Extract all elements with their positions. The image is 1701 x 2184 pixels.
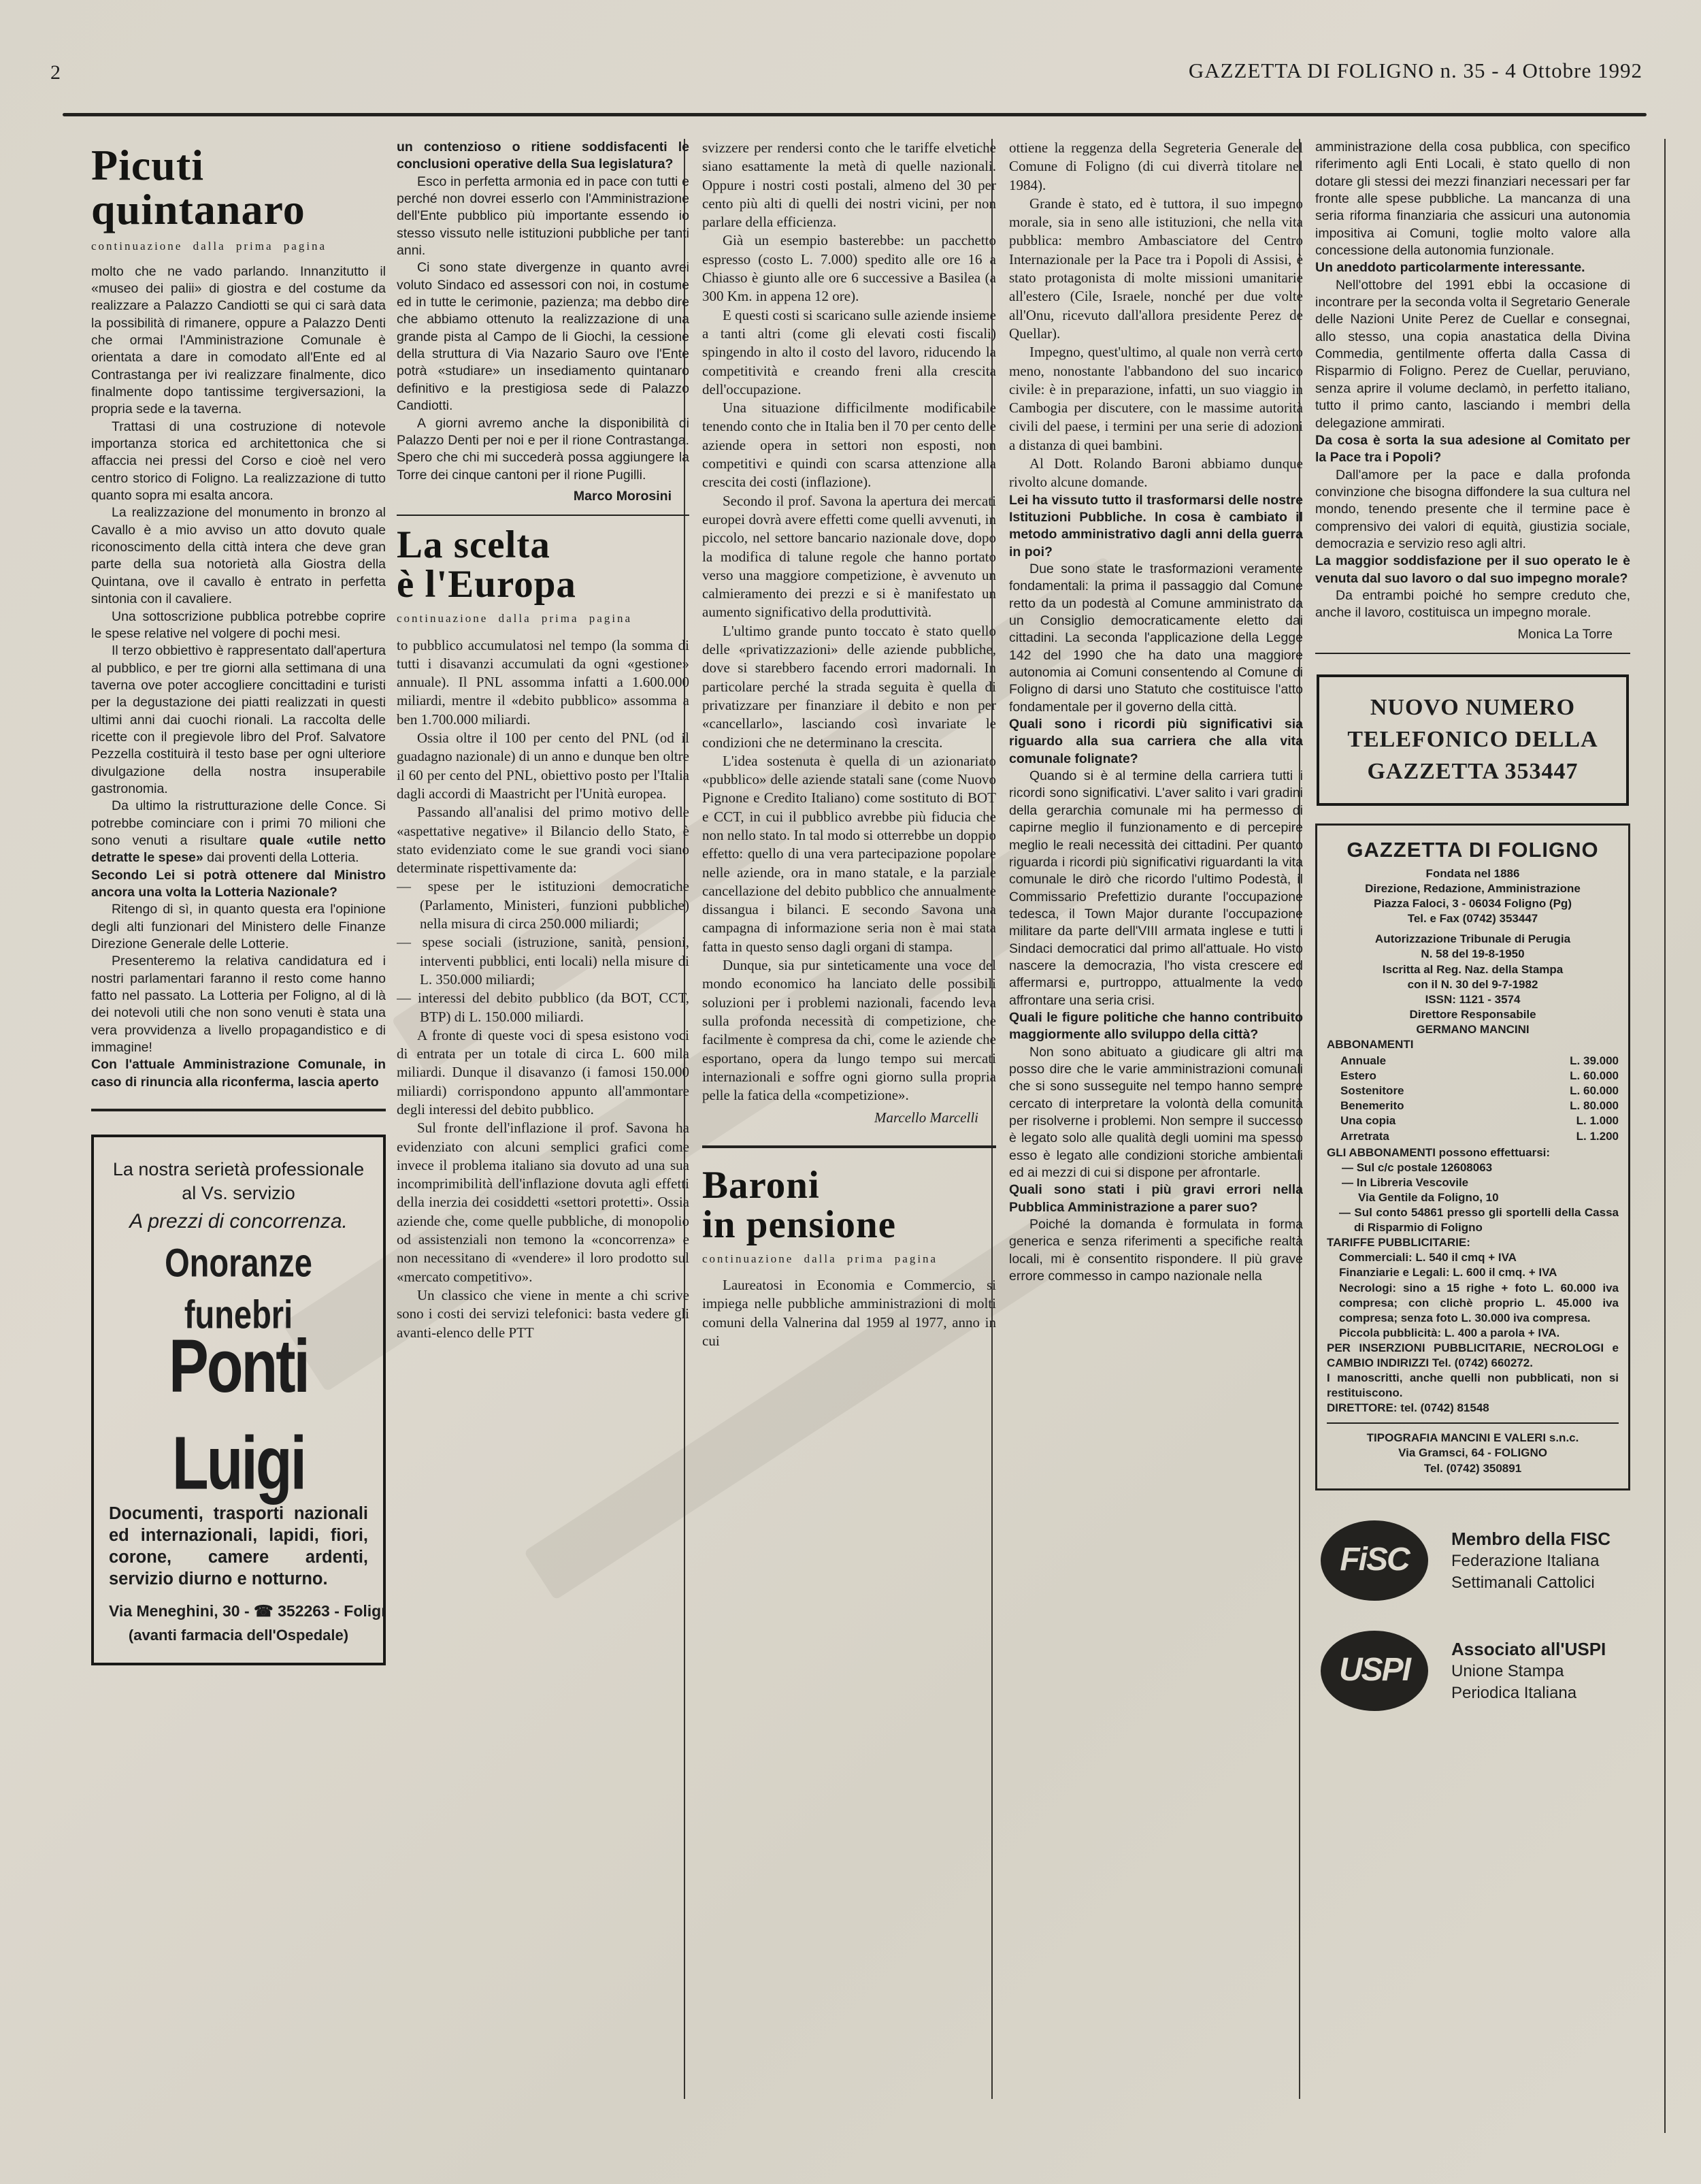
director-label: Direttore Responsabile	[1327, 1007, 1619, 1022]
paragraph: Una sottoscrizione pubblica potrebbe cop…	[91, 608, 386, 643]
phone-number-box: NUOVO NUMERO TELEFONICO DELLA GAZZETTA 3…	[1317, 674, 1629, 806]
continuation-kicker: continuazione dalla prima pagina	[91, 239, 386, 254]
subhead-paragraph: Un aneddoto particolarmente interessante…	[1315, 259, 1630, 276]
column-2: un contenzioso o ritiene soddisfacenti l…	[397, 139, 689, 2172]
uspi-line: Periodica Italiana	[1451, 1682, 1606, 1704]
continuation-kicker: continuazione dalla prima pagina	[397, 611, 689, 626]
uspi-text: Associato all'USPI Unione Stampa Periodi…	[1451, 1638, 1606, 1704]
paragraph: L'idea sostenuta è quella di un azionari…	[702, 752, 996, 956]
column-3: svizzere per rendersi conto che le tarif…	[702, 139, 996, 2172]
payment-line: Via Gentile da Foligno, 10	[1327, 1190, 1619, 1205]
printer-line: TIPOGRAFIA MANCINI E VALERI s.n.c.	[1327, 1431, 1619, 1446]
masthead-auth: con il N. 30 del 9-7-1982	[1327, 977, 1619, 992]
affiliation-uspi: USPI Associato all'USPI Unione Stampa Pe…	[1315, 1631, 1630, 1711]
paragraph: Due sono state le trasformazioni veramen…	[1009, 561, 1303, 716]
article-morosini-end: un contenzioso o ritiene soddisfacenti l…	[397, 139, 689, 505]
issue-title: GAZZETTA DI FOLIGNO n. 35 - 4 Ottobre 19…	[1189, 59, 1642, 83]
fisc-text: Membro della FISC Federazione Italiana S…	[1451, 1528, 1611, 1593]
section-rule	[702, 1145, 996, 1148]
rate-price: L. 80.000	[1570, 1098, 1619, 1113]
masthead-founded: Fondata nel 1886	[1327, 866, 1619, 881]
signature-latorre: Monica La Torre	[1315, 626, 1630, 643]
interview-lead: ottiene la reggenza della Segreteria Gen…	[1009, 139, 1303, 492]
ad-tariffs: TARIFFE PUBBLICITARIE: Commerciali: L. 5…	[1327, 1235, 1619, 1341]
tariff-item: Finanziarie e Legali: L. 600 il cmq. + I…	[1327, 1265, 1619, 1280]
page-number: 2	[50, 61, 61, 84]
paragraph: Da entrambi poiché ho sempre creduto che…	[1315, 587, 1630, 622]
paragraph: Un classico che viene in mente a chi scr…	[397, 1286, 689, 1342]
paragraph: Presenteremo la relativa candidatura ed …	[91, 953, 386, 1056]
uspi-logo: USPI	[1321, 1631, 1428, 1711]
paragraph: Da ultimo la ristrutturazione delle Conc…	[91, 798, 386, 866]
payment-line: — In Libreria Vescovile	[1327, 1175, 1619, 1190]
fisc-logo: FiSC	[1321, 1520, 1428, 1601]
ad-note: (avanti farmacia dell'Ospedale)	[109, 1626, 368, 1646]
list-item: — spese per le istituzioni democratiche …	[397, 877, 689, 933]
rate-price: L. 60.000	[1570, 1083, 1619, 1098]
paragraph: L'ultimo grande punto toccato è stato qu…	[702, 622, 996, 752]
paragraph: svizzere per rendersi conto che le tarif…	[702, 139, 996, 231]
continuation-kicker: continuazione dalla prima pagina	[702, 1252, 996, 1267]
paragraph: Non sono abituato a giudicare gli altri …	[1009, 1044, 1303, 1182]
masthead-box: GAZZETTA DI FOLIGNO Fondata nel 1886 Dir…	[1315, 824, 1630, 1490]
paragraph: A giorni avremo anche la disponibilità d…	[397, 415, 689, 484]
question-paragraph: Quali sono i ricordi più significativi s…	[1009, 716, 1303, 768]
rate-row: Una copiaL. 1.000	[1327, 1113, 1619, 1128]
paragraph: Esco in perfetta armonia ed in pace con …	[397, 174, 689, 260]
question-paragraph: Secondo Lei si potrà ottenere dal Minist…	[91, 867, 386, 902]
rate-price: L. 39.000	[1570, 1054, 1619, 1069]
note: I manoscritti, anche quelli non pubblica…	[1327, 1371, 1619, 1401]
column-4: ottiene la reggenza della Segreteria Gen…	[1009, 139, 1303, 2172]
ad-tagline-italic: A prezzi di concorrenza.	[109, 1208, 368, 1235]
article-picuti: Picutiquintanaro continuazione dalla pri…	[91, 143, 386, 1091]
headline-scelta: La sceltaè l'Europa	[397, 525, 689, 604]
paragraph: amministrazione della cosa pubblica, con…	[1315, 139, 1630, 259]
tariff-item: Commerciali: L. 540 il cmq + IVA	[1327, 1250, 1619, 1265]
paragraph: Già un esempio basterebbe: un pacchetto …	[702, 231, 996, 306]
payment-line: — Sul conto 54861 presso gli sportelli d…	[1327, 1205, 1619, 1235]
paragraph: Dall'amore per la pace e dalla profonda …	[1315, 467, 1630, 553]
payment-methods: GLI ABBONAMENTI possono effettuarsi: — S…	[1327, 1145, 1619, 1236]
paragraph: Una situazione difficilmente modificabil…	[702, 399, 996, 491]
fisc-line: Federazione Italiana	[1451, 1550, 1611, 1571]
question-paragraph: Lei ha vissuto tutto il trasformarsi del…	[1009, 492, 1303, 561]
rate-row: EsteroL. 60.000	[1327, 1069, 1619, 1083]
tariffs-label: TARIFFE PUBBLICITARIE:	[1327, 1235, 1619, 1250]
paragraph: Nell'ottobre del 1991 ebbi la occasione …	[1315, 277, 1630, 432]
payment-line: — Sul c/c postale 12608063	[1327, 1160, 1619, 1175]
section-rule	[1315, 653, 1630, 654]
affiliation-fisc: FiSC Membro della FISC Federazione Itali…	[1315, 1520, 1630, 1601]
closing-paragraph: Con l'attuale Amministrazione Comunale, …	[91, 1056, 386, 1091]
list-item: — interessi del debito pubblico (da BOT,…	[397, 989, 689, 1026]
masthead-auth: N. 58 del 19-8-1950	[1327, 947, 1619, 962]
article-scelta: La sceltaè l'Europa continuazione dalla …	[397, 525, 689, 1342]
subscriptions-label: ABBONAMENTI	[1327, 1037, 1619, 1052]
interview-end: amministrazione della cosa pubblica, con…	[1315, 139, 1630, 643]
question-paragraph: Quali le figure politiche che hanno cont…	[1009, 1009, 1303, 1044]
paragraph: to pubblico accumulatosi nel tempo (la s…	[397, 636, 689, 729]
newspaper-page: 2 GAZZETTA DI FOLIGNO n. 35 - 4 Ottobre …	[0, 0, 1701, 2184]
paragraph: Al Dott. Rolando Baroni abbiamo dunque r…	[1009, 455, 1303, 492]
paragraph: Quando si è al termine della carriera tu…	[1009, 768, 1303, 1009]
rate-price: L. 1.200	[1576, 1129, 1619, 1144]
rate-label: Estero	[1340, 1069, 1376, 1083]
masthead-divider	[1327, 1422, 1619, 1424]
ad-address: Via Meneghini, 30 - ☎ 352263 - Foligno	[109, 1601, 368, 1622]
fisc-line: Settimanali Cattolici	[1451, 1572, 1611, 1593]
question-paragraph: Da cosa è sorta la sua adesione al Comit…	[1315, 432, 1630, 467]
signature-morosini: Marco Morosini	[397, 488, 689, 505]
paragraph: Ossia oltre il 100 per cento del PNL (od…	[397, 729, 689, 803]
rate-label: Una copia	[1340, 1113, 1396, 1128]
funeral-ad: La nostra serietà professionale al Vs. s…	[91, 1135, 386, 1665]
column-1: Picutiquintanaro continuazione dalla pri…	[91, 139, 386, 2172]
column-5: amministrazione della cosa pubblica, con…	[1315, 139, 1630, 2172]
paragraph: molto che ne vado parlando. Innanzitutto…	[91, 263, 386, 419]
paragraph: Grande è stato, ed è tuttora, il suo imp…	[1009, 195, 1303, 343]
payment-header: GLI ABBONAMENTI possono effettuarsi:	[1327, 1145, 1619, 1160]
question-paragraph: Quali sono stati i più gravi errori nell…	[1009, 1181, 1303, 1216]
paragraph: Il terzo obbiettivo è rappresentato dall…	[91, 642, 386, 798]
paragraph: Dunque, sia pur sinteticamente una voce …	[702, 956, 996, 1105]
masthead-address: Piazza Faloci, 3 - 06034 Foligno (Pg)	[1327, 896, 1619, 911]
masthead-auth: Autorizzazione Tribunale di Perugia	[1327, 932, 1619, 947]
rate-price: L. 1.000	[1576, 1113, 1619, 1128]
masthead-auth: Iscritta al Reg. Naz. della Stampa	[1327, 962, 1619, 977]
article-scelta-continuation: svizzere per rendersi conto che le tarif…	[702, 139, 996, 1128]
paragraph: Passando all'analisi del primo motivo de…	[397, 803, 689, 877]
paragraph: Ritengo di sì, in quanto questa era l'op…	[91, 901, 386, 953]
rate-row: AnnualeL. 39.000	[1327, 1054, 1619, 1069]
paragraph: Laureatosi in Economia e Commercio, si i…	[702, 1276, 996, 1350]
tariff-item: Piccola pubblicità: L. 400 a parola + IV…	[1327, 1326, 1619, 1341]
paragraph: Poiché la domanda è formulata in forma g…	[1009, 1216, 1303, 1285]
tariff-item: Necrologi: sino a 15 righe + foto L. 60.…	[1327, 1281, 1619, 1326]
printer-info: TIPOGRAFIA MANCINI E VALERI s.n.c. Via G…	[1327, 1431, 1619, 1476]
interview-body: Lei ha vissuto tutto il trasformarsi del…	[1009, 492, 1303, 1286]
printer-line: Tel. (0742) 350891	[1327, 1461, 1619, 1476]
uspi-line: Unione Stampa	[1451, 1661, 1606, 1682]
paragraph: Impegno, quest'ultimo, al quale non verr…	[1009, 343, 1303, 455]
masthead-notes: PER INSERZIONI PUBBLICITARIE, NECROLOGI …	[1327, 1341, 1619, 1416]
paragraph: ottiene la reggenza della Segreteria Gen…	[1009, 139, 1303, 195]
section-rule	[91, 1109, 386, 1111]
phone-box-line: NUOVO NUMERO	[1325, 692, 1621, 724]
headline-baroni: Baroniin pensione	[702, 1166, 996, 1245]
paragraph: La realizzazione del monumento in bronzo…	[91, 504, 386, 608]
director-name: GERMANO MANCINI	[1327, 1022, 1619, 1037]
ad-services: Documenti, trasporti nazionali ed intern…	[109, 1503, 368, 1591]
phone-icon: ☎	[254, 1602, 274, 1620]
uspi-title: Associato all'USPI	[1451, 1638, 1606, 1661]
rate-label: Annuale	[1340, 1054, 1386, 1069]
masthead-title: GAZZETTA DI FOLIGNO	[1327, 836, 1619, 864]
signature-marcelli: Marcello Marcelli	[702, 1109, 996, 1127]
note: PER INSERZIONI PUBBLICITARIE, NECROLOGI …	[1327, 1341, 1619, 1371]
paragraph: Secondo il prof. Savona la apertura dei …	[702, 492, 996, 622]
masthead-address: Tel. e Fax (0742) 353447	[1327, 911, 1619, 926]
printer-line: Via Gramsci, 64 - FOLIGNO	[1327, 1446, 1619, 1461]
rate-label: Arretrata	[1340, 1129, 1389, 1144]
page-edge-rule	[1664, 139, 1666, 2133]
phone-box-line: TELEFONICO DELLA	[1325, 724, 1621, 756]
rate-price: L. 60.000	[1570, 1069, 1619, 1083]
list-item: — spese sociali (istruzione, sanità, pen…	[397, 933, 689, 989]
question-paragraph: La maggior soddisfazione per il suo oper…	[1315, 553, 1630, 587]
ad-tagline: La nostra serietà professionale al Vs. s…	[109, 1158, 368, 1205]
ad-brand-name: Ponti Luigi	[109, 1318, 368, 1512]
masthead-issn: ISSN: 1121 - 3574	[1327, 992, 1619, 1007]
paragraph: Trattasi di una costruzione di notevole …	[91, 419, 386, 505]
subscription-rates: AnnualeL. 39.000 EsteroL. 60.000 Sosteni…	[1327, 1054, 1619, 1144]
paragraph: Ci sono state divergenze in quanto avrei…	[397, 259, 689, 414]
rate-row: BenemeritoL. 80.000	[1327, 1098, 1619, 1113]
rate-row: ArretrataL. 1.200	[1327, 1129, 1619, 1144]
question-paragraph: un contenzioso o ritiene soddisfacenti l…	[397, 139, 689, 174]
paragraph: Sul fronte dell'inflazione il prof. Savo…	[397, 1119, 689, 1286]
director-phone: DIRETTORE: tel. (0742) 81548	[1327, 1401, 1619, 1416]
header-rule	[63, 113, 1647, 116]
fisc-title: Membro della FISC	[1451, 1528, 1611, 1551]
paragraph: E questi costi si scaricano sulle aziend…	[702, 306, 996, 399]
headline-picuti: Picutiquintanaro	[91, 143, 386, 232]
rate-label: Benemerito	[1340, 1098, 1404, 1113]
phone-box-line: GAZZETTA 353447	[1325, 756, 1621, 788]
rate-label: Sostenitore	[1340, 1083, 1404, 1098]
paragraph: A fronte di queste voci di spesa esiston…	[397, 1026, 689, 1119]
masthead-address: Direzione, Redazione, Amministrazione	[1327, 881, 1619, 896]
article-baroni: Baroniin pensione continuazione dalla pr…	[702, 1166, 996, 1351]
rate-row: SostenitoreL. 60.000	[1327, 1083, 1619, 1098]
section-rule	[397, 515, 689, 516]
